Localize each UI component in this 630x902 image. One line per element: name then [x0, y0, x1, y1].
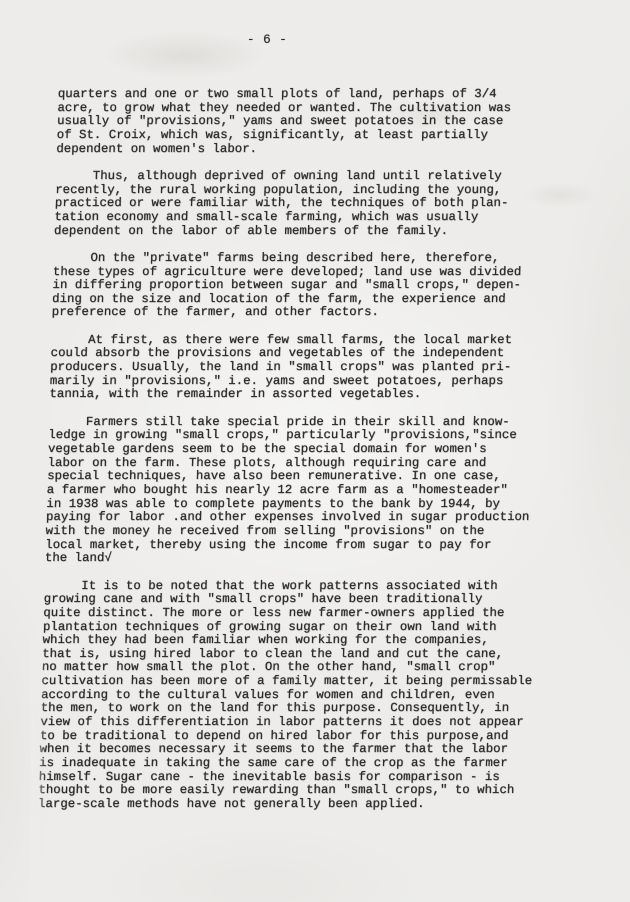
page-number: - 6 - — [247, 33, 287, 47]
paragraph: On the "private" farms being described h… — [52, 252, 574, 320]
paragraph: Farmers still take special pride in thei… — [45, 416, 569, 566]
paragraph: At first, as there were few small farms,… — [49, 334, 571, 402]
document-body: quarters and one or two small plots of l… — [37, 88, 578, 825]
document-page: - 6 - quarters and one or two small plot… — [0, 0, 630, 902]
paragraph: Thus, although deprived of owning land u… — [54, 170, 576, 238]
paragraph: It is to be noted that the work patterns… — [38, 580, 564, 812]
paragraph-continuation: quarters and one or two small plots of l… — [56, 88, 578, 156]
